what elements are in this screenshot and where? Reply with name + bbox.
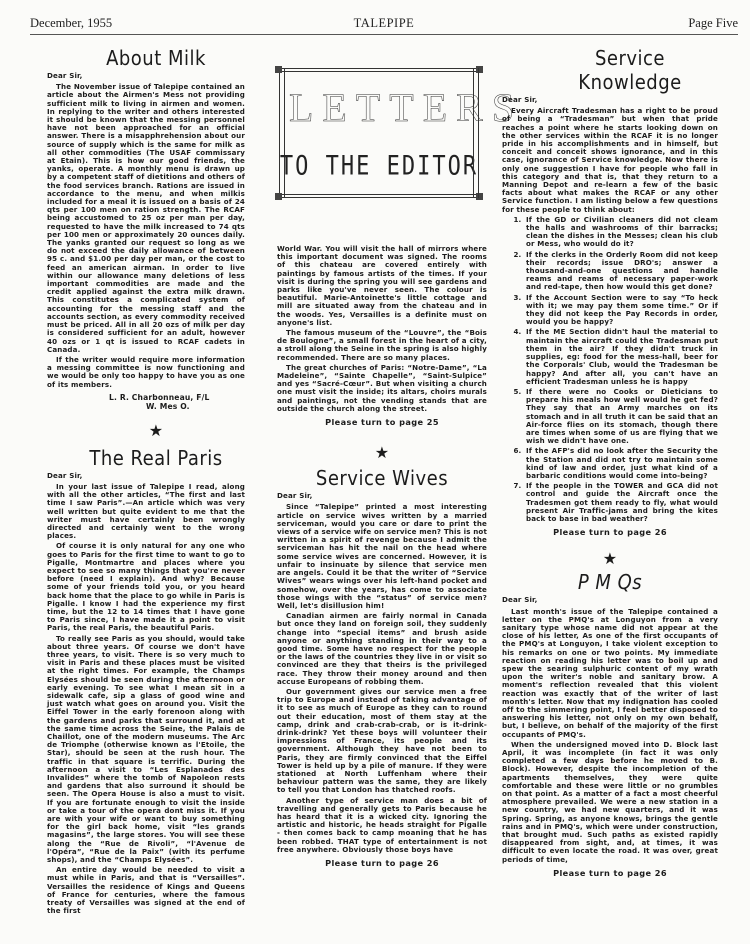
service-knowledge-salutation: Dear Sir, — [502, 96, 718, 104]
left-column: About Milk Dear Sir, The November issue … — [47, 46, 245, 917]
service-knowledge-turn-page: Please turn to page 26 — [502, 528, 718, 536]
page-header: December, 1955 TALEPIPE Page Five — [30, 14, 738, 35]
service-wives-paragraph: Our government gives our service men a f… — [277, 688, 487, 795]
pmqs-turn-page: Please turn to page 26 — [502, 869, 718, 877]
about-milk-signature: L. R. Charbonneau, F/L W. Mes O. — [47, 393, 245, 412]
about-milk-salutation: Dear Sir, — [47, 72, 245, 80]
real-paris-paragraph: To really see Paris as you should, would… — [47, 635, 245, 865]
banner-to-the-editor: TO THE EDITOR — [279, 152, 479, 182]
right-column: Service Knowledge Dear Sir, Every Aircra… — [502, 46, 718, 877]
real-paris-paragraph: In your last issue of Talepipe I read, a… — [47, 483, 245, 540]
banner-corner — [275, 193, 282, 200]
banner-corner — [476, 193, 483, 200]
real-paris-paragraph: An entire day would be needed to visit a… — [47, 866, 245, 915]
middle-column: World War. You will visit the hall of mi… — [277, 245, 487, 867]
pmqs-salutation: Dear Sir, — [502, 596, 718, 604]
banner-corner — [476, 66, 483, 73]
service-knowledge-questions: If the GD or Civilian cleaners did not c… — [502, 216, 718, 523]
service-wives-turn-page: Please turn to page 26 — [277, 859, 487, 867]
service-wives-paragraph: Another type of service man does a bit o… — [277, 797, 487, 854]
question-item: If the clerks in the Orderly Room did no… — [524, 251, 718, 292]
question-item: If the Account Section were to say “To h… — [524, 294, 718, 327]
service-knowledge-title: Service Knowledge — [542, 46, 718, 94]
real-paris-title: The Real Paris — [67, 446, 245, 470]
banner-letters-word: LETTERS — [289, 84, 469, 131]
real-paris-paragraph: Of course it is only natural for any one… — [47, 542, 245, 632]
star-icon: ★ — [502, 550, 718, 568]
publication-name: TALEPIPE — [30, 16, 738, 31]
question-item: If the GD or Civilian cleaners did not c… — [524, 216, 718, 249]
letters-to-the-editor-banner: LETTERS TO THE EDITOR — [279, 68, 479, 198]
question-item: If the AFP's did no look after the Secur… — [524, 447, 718, 480]
page-number: Page Five — [688, 16, 738, 31]
banner-corner — [275, 66, 282, 73]
about-milk-title: About Milk — [67, 46, 245, 70]
service-knowledge-paragraph: Every Aircraft Tradesman has a right to … — [502, 107, 718, 214]
real-paris-salutation: Dear Sir, — [47, 472, 245, 480]
about-milk-paragraph: If the writer would require more informa… — [47, 356, 245, 389]
real-paris-turn-page: Please turn to page 25 — [277, 418, 487, 426]
service-wives-paragraph: Canadian airmen are fairly normal in Can… — [277, 612, 487, 686]
question-item: If the ME Section didn't haul the materi… — [524, 328, 718, 385]
real-paris-continuation: World War. You will visit the hall of mi… — [277, 245, 487, 327]
star-icon: ★ — [47, 422, 245, 440]
service-wives-title: Service Wives — [277, 466, 487, 490]
pmqs-paragraph: When the undersigned moved into D. Block… — [502, 741, 718, 864]
real-paris-continuation: The famous museum of the “Louvre”, the “… — [277, 329, 487, 362]
question-item: If the people in the TOWER and GCA did n… — [524, 482, 718, 523]
service-wives-salutation: Dear Sir, — [277, 492, 487, 500]
star-icon: ★ — [277, 444, 487, 462]
question-item: If there were no Cooks or Dieticians to … — [524, 388, 718, 445]
pmqs-title: P M Qs — [502, 570, 718, 594]
pmqs-paragraph: Last month's issue of the Talepipe conta… — [502, 608, 718, 739]
real-paris-continuation: The great churches of Paris: “Notre-Dame… — [277, 364, 487, 413]
service-wives-paragraph: Since “Talepipe” printed a most interest… — [277, 503, 487, 610]
about-milk-paragraph: The November issue of Talepipe contained… — [47, 83, 245, 354]
